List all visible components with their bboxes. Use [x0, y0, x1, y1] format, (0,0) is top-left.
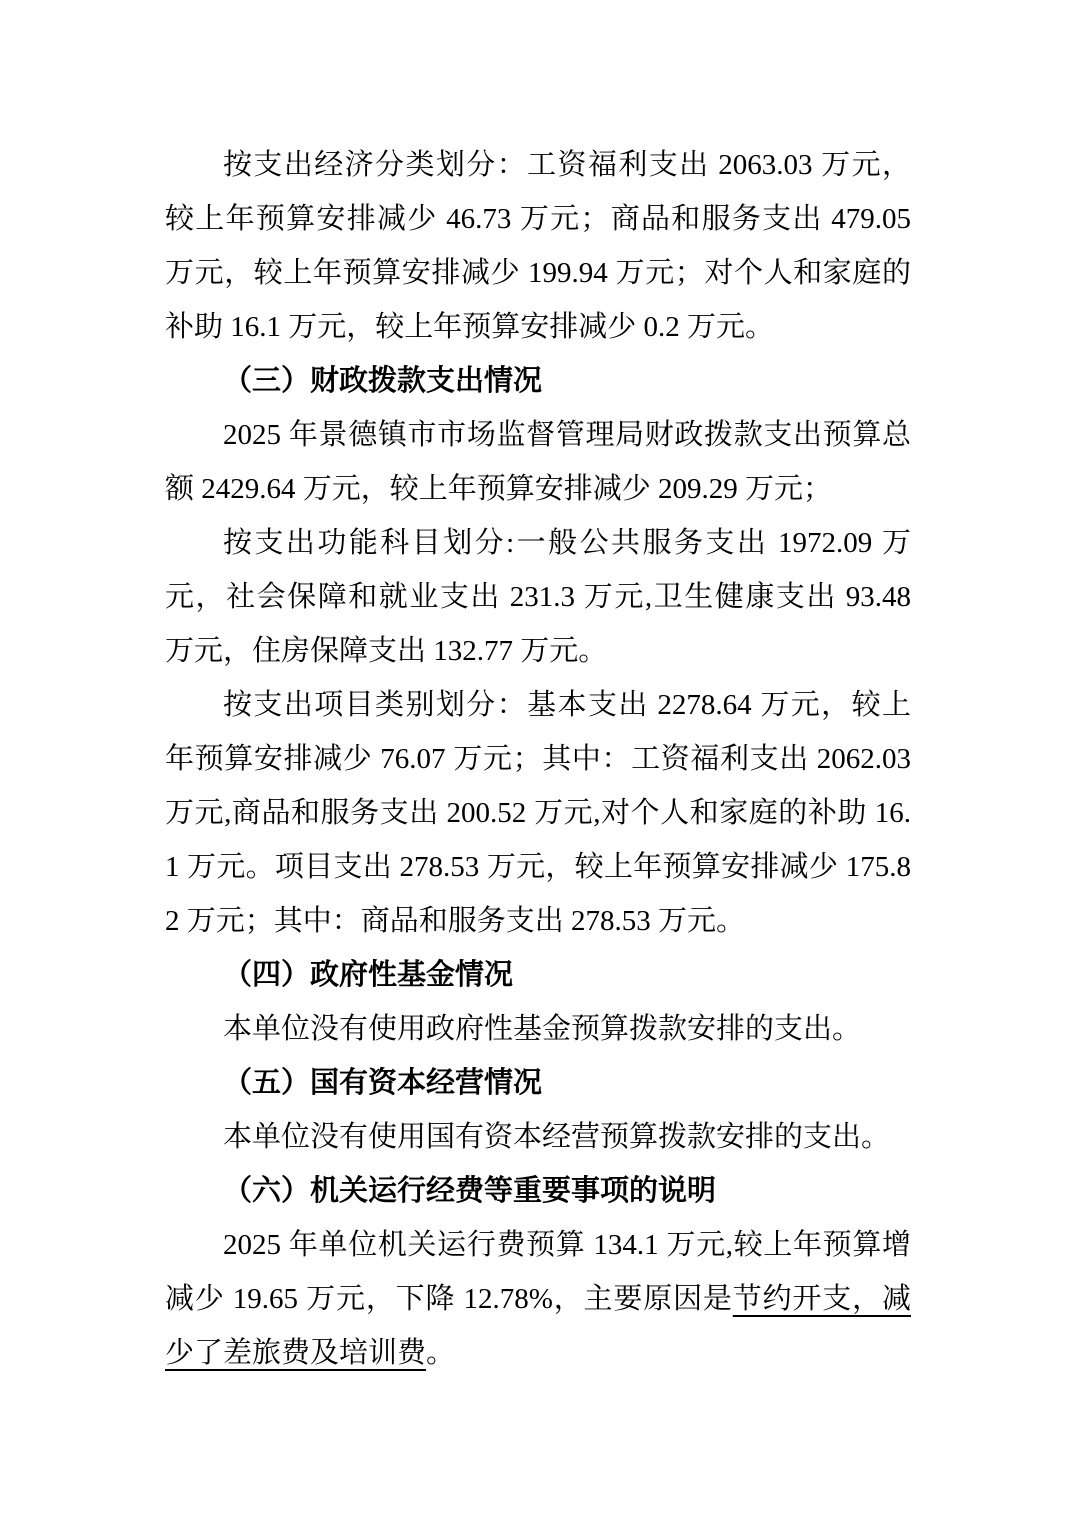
paragraph-expenditure-economic-classification: 按支出经济分类划分：工资福利支出 2063.03 万元，较上年预算安排减少 46…: [165, 138, 911, 354]
paragraph-government-funds-statement: 本单位没有使用政府性基金预算拨款安排的支出。: [165, 1002, 911, 1056]
heading-section-3-fiscal-appropriation-expenditure: （三）财政拨款支出情况: [165, 354, 911, 408]
paragraph-expenditure-functional-classification: 按支出功能科目划分:一般公共服务支出 1972.09 万元，社会保障和就业支出 …: [165, 516, 911, 678]
document-body: 按支出经济分类划分：工资福利支出 2063.03 万元，较上年预算安排减少 46…: [165, 138, 911, 1380]
heading-section-4-government-funds: （四）政府性基金情况: [165, 948, 911, 1002]
text-segment-period: 。: [426, 1337, 455, 1369]
heading-section-5-state-capital-operation: （五）国有资本经营情况: [165, 1056, 911, 1110]
paragraph-fiscal-appropriation-total: 2025 年景德镇市市场监督管理局财政拨款支出预算总额 2429.64 万元，较…: [165, 408, 911, 516]
document-page: 按支出经济分类划分：工资福利支出 2063.03 万元，较上年预算安排减少 46…: [0, 0, 1074, 1520]
paragraph-expenditure-project-classification: 按支出项目类别划分：基本支出 2278.64 万元，较上年预算安排减少 76.0…: [165, 678, 911, 948]
paragraph-state-capital-statement: 本单位没有使用国有资本经营预算拨款安排的支出。: [165, 1110, 911, 1164]
heading-section-6-operating-expense-notes: （六）机关运行经费等重要事项的说明: [165, 1164, 911, 1218]
paragraph-operating-expense: 2025 年单位机关运行费预算 134.1 万元,较上年预算增减少 19.65 …: [165, 1218, 911, 1380]
